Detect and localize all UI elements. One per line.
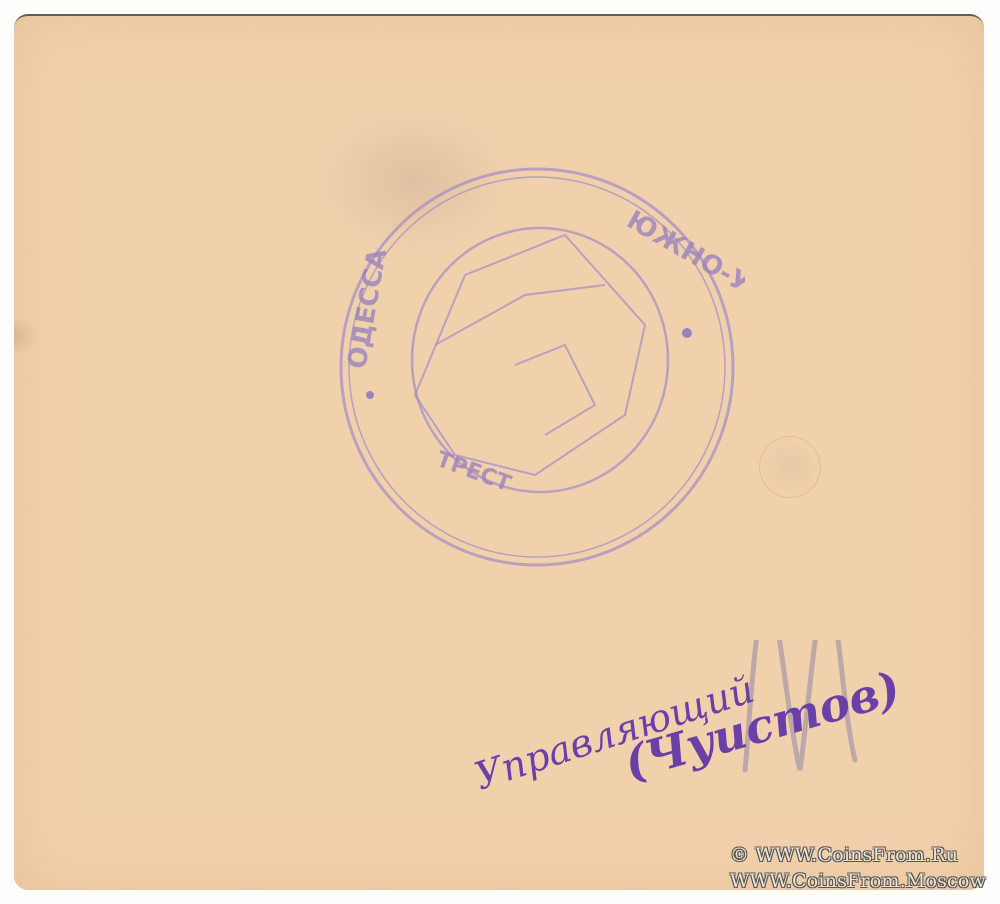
handwritten-signature-block: Управляющий (Чуистов) <box>470 640 950 800</box>
watermark-line-1: © WWW.CoinsFrom.Ru <box>730 842 986 868</box>
round-seal-stamp-icon: ЮЖНО-УРАЛЬСКИЙ ОДЕССА ТРЕСТ <box>325 155 745 575</box>
paper-stain <box>759 436 821 498</box>
watermark: © WWW.CoinsFrom.Ru WWW.CoinsFrom.Moscow <box>730 842 986 894</box>
paper-notch <box>14 316 38 356</box>
handwritten-name: (Чуистов) <box>618 660 906 790</box>
stamp-text-bottom: ТРЕСТ <box>433 447 514 497</box>
stamp-text-top: ЮЖНО-УРАЛЬСКИЙ <box>622 203 746 381</box>
watermark-line-2: WWW.CoinsFrom.Moscow <box>730 868 986 894</box>
